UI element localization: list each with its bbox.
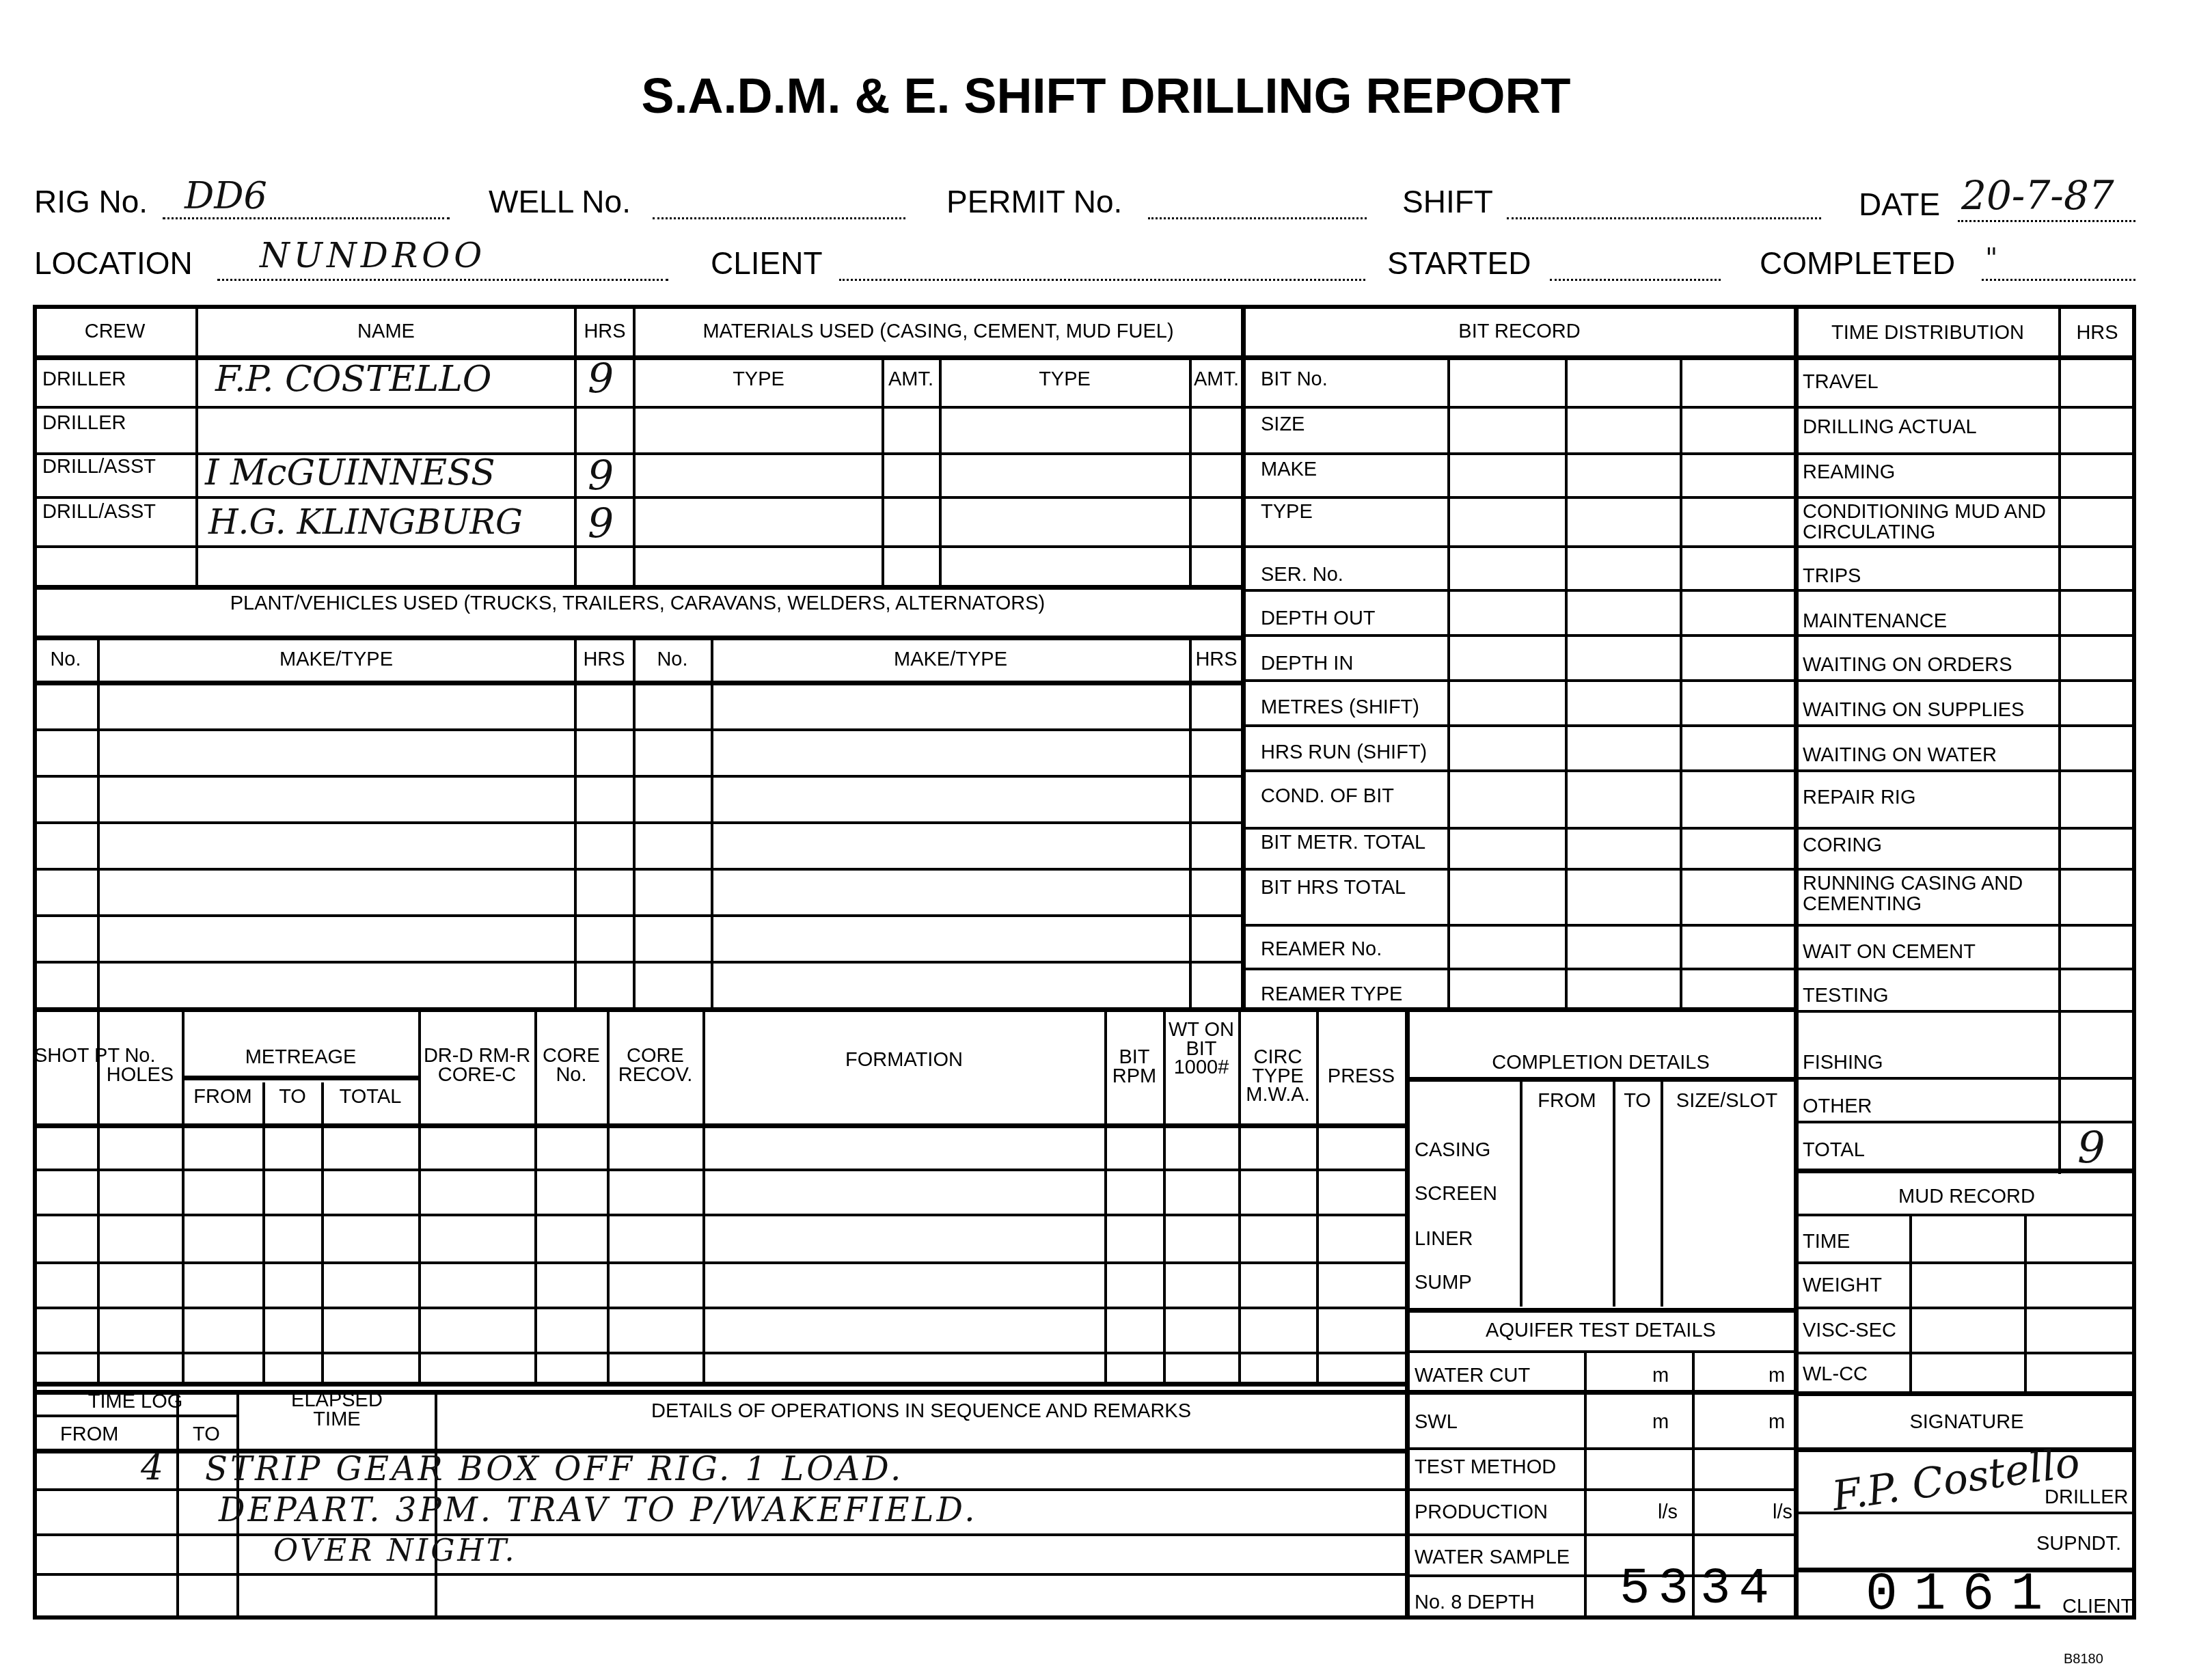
aquifer-title-line [1406, 1350, 1796, 1353]
date-line [1958, 220, 2135, 222]
time-log-header: TIME LOG [34, 1391, 236, 1412]
location-field[interactable]: NUNDROO [260, 236, 486, 275]
metreage-header: METREAGE [183, 1047, 418, 1067]
plant-title-line [34, 636, 1244, 640]
mud-title-line [1796, 1214, 2136, 1216]
elapsed-time-header: ELAPSED TIME [239, 1391, 435, 1429]
bit-header-line [1244, 355, 2136, 360]
client-field[interactable] [839, 279, 1365, 281]
bit-row-label: BIT No. [1261, 369, 1328, 390]
hrs-header: HRS [577, 321, 633, 342]
bit-row-label: REAMER TYPE [1261, 984, 1402, 1005]
time-row-total: TOTAL [1803, 1140, 1865, 1160]
completion-div [1520, 1078, 1523, 1307]
time-row-conditioning: CONDITIONING MUD AND CIRCULATING [1803, 502, 2049, 543]
upper-section-bottom [34, 1007, 1796, 1012]
crew-role-4: DRILL/ASST [42, 502, 156, 522]
time-row-waiting-orders: WAITING ON ORDERS [1803, 655, 2012, 675]
signature-line [1796, 1512, 2136, 1514]
bit-row-line [1244, 924, 2136, 927]
bit-row-label: BIT METR. TOTAL [1261, 832, 1425, 853]
aquifer-unit: m [1769, 1412, 1785, 1432]
completion-to-header: TO [1614, 1091, 1661, 1111]
no-holes-header: No. HOLES [98, 1047, 182, 1084]
started-field[interactable] [1550, 279, 1721, 281]
material-amt-header-1: AMT. [883, 369, 939, 390]
crew-name-3[interactable]: I McGUINNESS [205, 452, 495, 493]
plant-make-header-2: MAKE/TYPE [712, 649, 1189, 670]
time-distribution-title: TIME DISTRIBUTION [1797, 323, 2058, 343]
core-no-header: CORE No. [536, 1047, 607, 1084]
crew-role-1: DRILLER [42, 369, 126, 390]
bit-row-line [1244, 589, 2136, 592]
bit-record-title: BIT RECORD [1245, 321, 1794, 342]
started-label: STARTED [1387, 245, 1531, 282]
aquifer-row-depth: No. 8 DEPTH [1415, 1592, 1535, 1613]
client-sig-label: CLIENT [2062, 1596, 2133, 1617]
bit-row-label: HRS RUN (SHIFT) [1261, 742, 1427, 763]
mud-row-time: TIME [1803, 1231, 1850, 1252]
plant-row-line [34, 914, 1244, 917]
mat-div-1 [882, 357, 884, 585]
bit-row-line [1244, 545, 2136, 548]
bit-row-line [1244, 724, 2136, 727]
timelog-div [176, 1391, 179, 1620]
bit-row-line [1244, 968, 2136, 970]
operation-line-2[interactable]: DEPART. 3PM. TRAV TO P/WAKEFIELD. [219, 1491, 978, 1529]
crew-divider-2 [574, 306, 577, 585]
signature-title: SIGNATURE [1797, 1412, 2136, 1432]
time-total-line [1796, 1169, 2136, 1173]
rig-no-label: RIG No. [34, 183, 148, 220]
plant-row-line [34, 868, 1244, 871]
crew-divider-3 [633, 306, 636, 585]
time-row-testing: TESTING [1803, 985, 1889, 1006]
crew-divider-1 [195, 306, 198, 585]
material-type-header-1: TYPE [636, 369, 882, 390]
plant-no-header-1: No. [34, 649, 97, 670]
plant-row-line [34, 821, 1244, 824]
completed-label: COMPLETED [1760, 245, 1955, 282]
bit-row-label: SER. No. [1261, 564, 1343, 585]
drill-row-line [34, 1169, 1406, 1171]
row-line [34, 496, 1244, 499]
material-type-header-2: TYPE [940, 369, 1189, 390]
mud-record-title: MUD RECORD [1797, 1186, 2136, 1207]
row-line [34, 545, 1244, 548]
timelog-row-line [34, 1573, 1406, 1576]
time-row-drilling-actual: DRILLING ACTUAL [1803, 417, 1977, 437]
date-label: DATE [1859, 186, 1940, 223]
rig-no-line [163, 217, 450, 219]
bit-row-label: DEPTH IN [1261, 653, 1353, 674]
permit-no-label: PERMIT No. [946, 183, 1122, 220]
bit-row-label: REAMER No. [1261, 939, 1382, 959]
plant-row-line [34, 728, 1244, 731]
aquifer-row-line [1406, 1488, 1796, 1491]
mud-row-line [1796, 1352, 2136, 1354]
aquifer-row-line [1406, 1533, 1796, 1536]
metreage-to-header: TO [264, 1087, 321, 1107]
client-label: CLIENT [711, 245, 823, 282]
crew-bottom-line [34, 585, 1244, 590]
aquifer-unit: m [1652, 1365, 1669, 1386]
plant-make-header-1: MAKE/TYPE [98, 649, 574, 670]
completion-left-divider [1405, 1010, 1410, 1620]
completion-row-liner: LINER [1415, 1229, 1473, 1249]
crew-header: CREW [34, 321, 195, 342]
bit-row-line [1244, 769, 2136, 772]
mat-div-3 [1189, 357, 1192, 585]
depth-stamp-1[interactable]: 53 [1620, 1561, 1697, 1618]
crew-hrs-1[interactable]: 9 [588, 355, 614, 403]
aquifer-row-swl: SWL [1415, 1412, 1458, 1432]
timelog-row-line [34, 1533, 1406, 1536]
time-row-waiting-water: WAITING ON WATER [1803, 745, 1997, 765]
shift-label: SHIFT [1402, 183, 1493, 220]
time-row-other: OTHER [1803, 1096, 1872, 1117]
date-field[interactable]: 20-7-87 [1961, 172, 2114, 219]
time-log-to-1[interactable]: 4 [141, 1447, 163, 1488]
plant-no-header-2: No. [634, 649, 711, 670]
bit-row-line [1244, 868, 2136, 871]
completion-div [1613, 1078, 1615, 1307]
row-line [34, 406, 1244, 409]
aquifer-unit: m [1652, 1412, 1669, 1432]
mat-div-2 [939, 357, 942, 585]
time-row-waiting-supplies: WAITING ON SUPPLIES [1803, 700, 2024, 720]
aquifer-row-water-sample: WATER SAMPLE [1415, 1547, 1570, 1568]
drill-bottom-line [34, 1382, 1406, 1387]
drill-row-line [34, 1214, 1406, 1216]
bit-row-line [1244, 634, 2136, 637]
crew-hrs-4[interactable]: 9 [588, 500, 614, 548]
location-label: LOCATION [34, 245, 193, 282]
signature-title-line [1796, 1447, 2136, 1452]
completion-row-casing: CASING [1415, 1140, 1490, 1160]
plant-title: PLANT/VEHICLES USED (TRUCKS, TRAILERS, C… [34, 593, 1241, 614]
timelog-subline [34, 1415, 239, 1417]
time-row-wait-cement: WAIT ON CEMENT [1803, 942, 1976, 962]
shift-field[interactable] [1507, 217, 1821, 219]
material-amt-header-2: AMT. [1190, 369, 1242, 390]
bit-rpm-header: BIT RPM [1106, 1048, 1163, 1086]
aquifer-unit: l/s [1773, 1502, 1792, 1522]
time-row-maintenance: MAINTENANCE [1803, 611, 1947, 631]
permit-no-field[interactable] [1148, 217, 1367, 219]
well-no-label: WELL No. [489, 183, 631, 220]
plant-row-line [34, 775, 1244, 778]
drill-header-line [34, 1123, 1406, 1128]
aquifer-row-water-cut: WATER CUT [1415, 1365, 1530, 1386]
completion-row-sump: SUMP [1415, 1272, 1472, 1293]
client-number-stamp[interactable]: 0161 [1866, 1565, 2059, 1625]
materials-header: MATERIALS USED (CASING, CEMENT, MUD FUEL… [636, 321, 1241, 342]
bit-row-line [1244, 496, 2136, 499]
mud-row-visc: VISC-SEC [1803, 1320, 1896, 1341]
time-hrs-divider [2058, 306, 2061, 1174]
drill-row-line [34, 1307, 1406, 1309]
completion-div [1661, 1078, 1663, 1307]
form-code: B8180 [2064, 1652, 2103, 1666]
time-row-fishing: FISHING [1803, 1052, 1883, 1073]
completed-line [1982, 279, 2135, 281]
completion-row-screen: SCREEN [1415, 1184, 1497, 1204]
time-row-running-casing: RUNNING CASING AND CEMENTING [1803, 873, 2049, 915]
supndt-label: SUPNDT. [2036, 1533, 2121, 1554]
bit-row-line [1244, 452, 2136, 455]
time-row-line [1796, 1077, 2136, 1080]
metreage-total-header: TOTAL [323, 1087, 418, 1107]
aquifer-row-production: PRODUCTION [1415, 1502, 1548, 1522]
drd-header: DR-D RM-R CORE-C [420, 1047, 534, 1084]
plant-header-line [34, 681, 1244, 685]
mud-row-line [1796, 1307, 2136, 1309]
wt-on-bit-header: WT ON BIT 1000# [1164, 1021, 1238, 1078]
time-log-to-header: TO [193, 1424, 220, 1445]
aquifer-unit: l/s [1658, 1502, 1678, 1522]
mud-row-line [1796, 1261, 2136, 1264]
aquifer-row-test-method: TEST METHOD [1415, 1457, 1556, 1477]
mud-bottom-line [1796, 1391, 2136, 1396]
plant-hrs-header-2: HRS [1190, 649, 1242, 670]
well-no-field[interactable] [653, 217, 905, 219]
depth-stamp-2[interactable]: 34 [1700, 1561, 1777, 1618]
aquifer-row-line [1406, 1447, 1796, 1450]
driller-label: DRILLER [2045, 1487, 2129, 1507]
time-row-coring: CORING [1803, 835, 1882, 856]
metreage-from-header: FROM [183, 1087, 262, 1107]
plant-hrs-header-1: HRS [575, 649, 633, 670]
metreage-subline [182, 1076, 420, 1080]
time-row-travel: TRAVEL [1803, 372, 1879, 392]
circ-type-header: CIRC TYPE M.W.A. [1240, 1048, 1316, 1105]
rig-no-field[interactable]: DD6 [185, 174, 267, 217]
operation-line-1[interactable]: STRIP GEAR BOX OFF RIG. 1 LOAD. [205, 1450, 903, 1488]
completion-size-header: SIZE/SLOT [1662, 1091, 1792, 1111]
bit-row-line [1244, 679, 2136, 682]
completion-bottom-line [1406, 1308, 1796, 1313]
location-line [217, 279, 668, 281]
operations-header: DETAILS OF OPERATIONS IN SEQUENCE AND RE… [437, 1401, 1405, 1421]
bit-row-label: SIZE [1261, 414, 1305, 435]
completion-title: COMPLETION DETAILS [1408, 1052, 1794, 1073]
bit-row-label: DEPTH OUT [1261, 608, 1376, 629]
time-total-hrs[interactable]: 9 [2077, 1123, 2105, 1174]
time-row-repair-rig: REPAIR RIG [1803, 787, 1915, 808]
time-log-from-header: FROM [60, 1424, 118, 1445]
time-row-line [1796, 1010, 2136, 1013]
completion-title-line [1406, 1077, 1796, 1082]
bit-row-label: TYPE [1261, 502, 1313, 522]
aquifer-title: AQUIFER TEST DETAILS [1408, 1320, 1794, 1341]
shot-pt-header: SHOT PT [34, 1047, 97, 1066]
drill-row-line [34, 1261, 1406, 1264]
crew-role-3: DRILL/ASST [42, 456, 156, 477]
operation-line-3[interactable]: OVER NIGHT. [273, 1533, 517, 1568]
mud-row-wl: WL-CC [1803, 1364, 1868, 1384]
crew-name-1[interactable]: F.P. COSTELLO [215, 359, 491, 400]
crew-name-4[interactable]: H.G. KLINGBURG [208, 502, 523, 542]
name-header: NAME [198, 321, 574, 342]
time-row-trips: TRIPS [1803, 566, 1861, 586]
drill-row-line [34, 1352, 1406, 1354]
mud-div [1909, 1215, 1912, 1395]
bit-row-line [1244, 406, 2136, 409]
press-header: PRESS [1317, 1066, 1405, 1087]
time-row-reaming: REAMING [1803, 462, 1895, 482]
completion-from-header: FROM [1521, 1091, 1613, 1111]
crew-role-2: DRILLER [42, 413, 126, 433]
aquifer-unit: m [1769, 1365, 1785, 1386]
crew-hrs-3[interactable]: 9 [588, 452, 614, 500]
page-title: S.A.D.M. & E. SHIFT DRILLING REPORT [0, 68, 2212, 124]
completed-field[interactable]: " [1985, 243, 1997, 274]
bit-row-label: BIT HRS TOTAL [1261, 877, 1406, 898]
plant-row-line [34, 961, 1244, 964]
bit-row-line [1244, 827, 2136, 830]
bit-row-label: METRES (SHIFT) [1261, 697, 1419, 718]
core-recov-header: CORE RECOV. [608, 1047, 702, 1084]
bit-row-label: MAKE [1261, 459, 1317, 480]
mud-div [2024, 1215, 2027, 1395]
mud-row-weight: WEIGHT [1803, 1275, 1882, 1296]
formation-header: FORMATION [704, 1050, 1104, 1070]
bit-row-label: COND. OF BIT [1261, 786, 1394, 806]
time-hrs-header: HRS [2061, 323, 2133, 343]
